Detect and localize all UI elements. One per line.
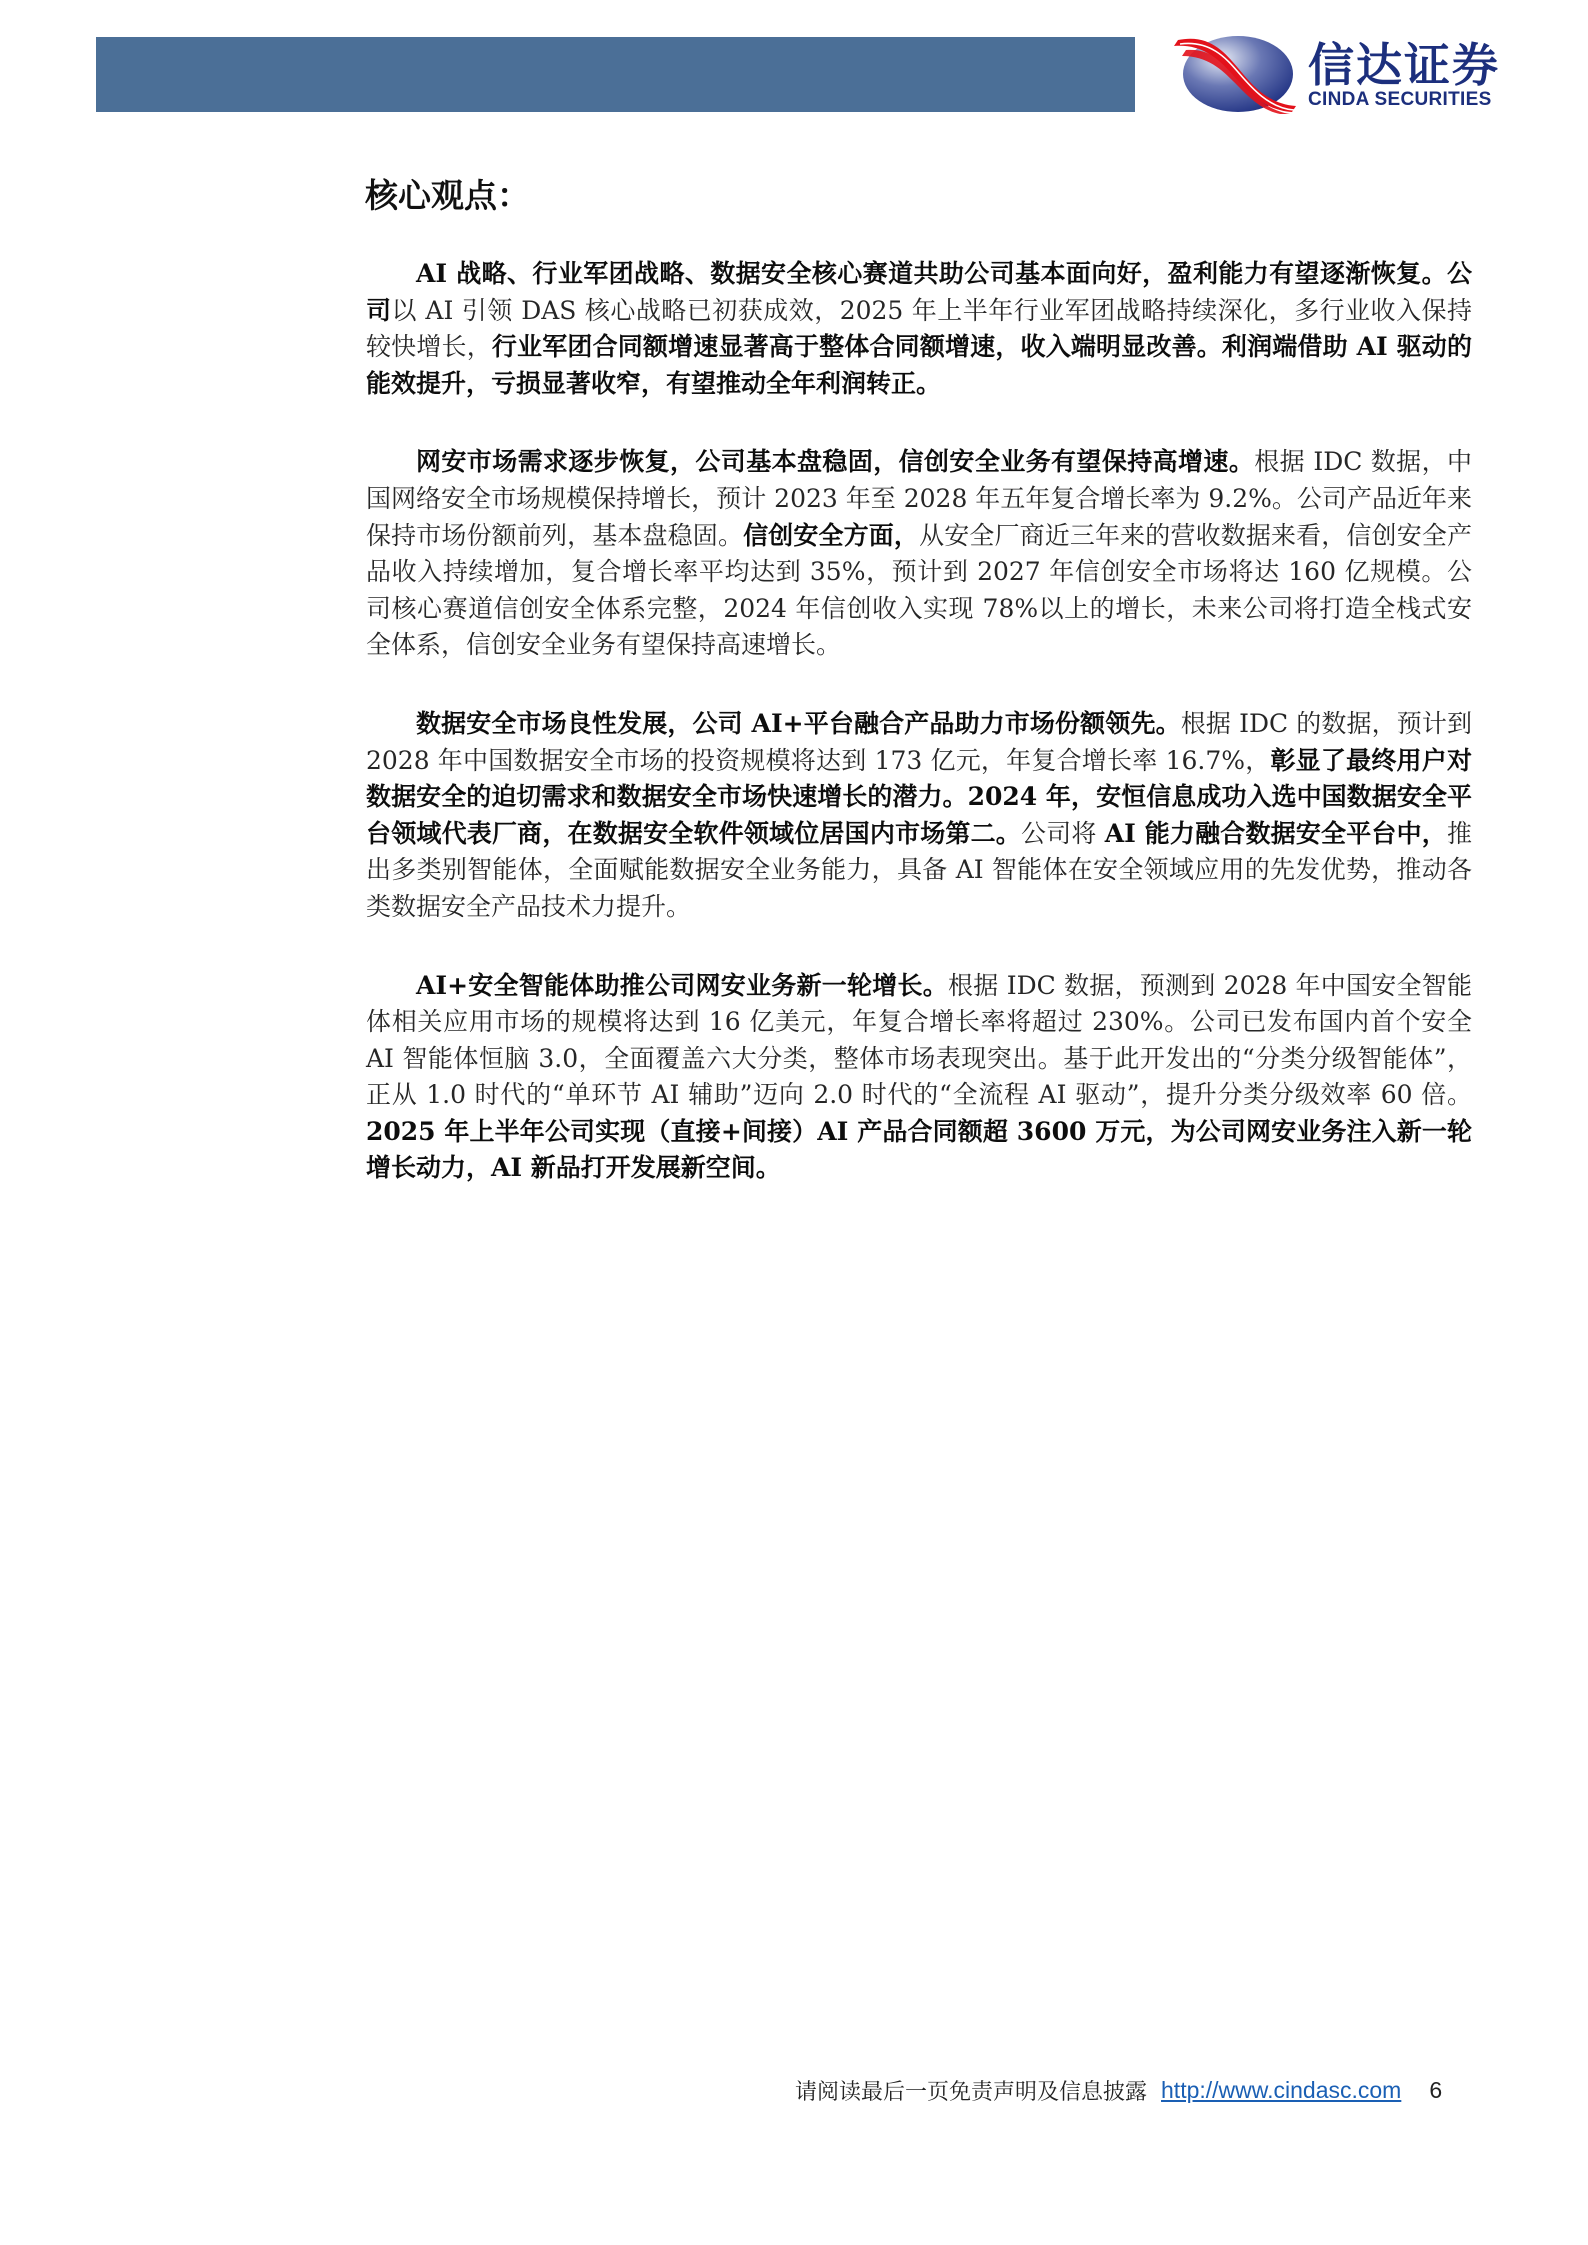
segment: 行业军团合同额增速显著高于整体合同额增速，收入端明显改善。利润端借助 AI 驱动… xyxy=(366,332,1472,398)
paragraph-network-security-market: 网安市场需求逐步恢复，公司基本盘稳固，信创安全业务有望保持高增速。根据 IDC … xyxy=(366,444,1472,664)
paragraph-data-security-market: 数据安全市场良性发展，公司 AI+平台融合产品助力市场份额领先。根据 IDC 的… xyxy=(366,706,1472,926)
segment: 2025 年上半年公司实现（直接+间接）AI 产品合同额超 3600 万元，为公… xyxy=(366,1117,1472,1183)
segment: 网安市场需求逐步恢复，公司基本盘稳固，信创安全业务有望保持高增速。 xyxy=(416,447,1254,476)
brand-name-en: CINDA SECURITIES xyxy=(1308,90,1548,110)
segment: 信创安全方面， xyxy=(743,521,919,550)
paragraph-ai-strategy: AI 战略、行业军团战略、数据安全核心赛道共助公司基本面向好，盈利能力有望逐渐恢… xyxy=(366,256,1472,402)
brand-name-cn: 信达证券 xyxy=(1308,42,1548,88)
key-points-body: AI 战略、行业军团战略、数据安全核心赛道共助公司基本面向好，盈利能力有望逐渐恢… xyxy=(366,256,1472,1229)
brand-name: 信达证券 CINDA SECURITIES xyxy=(1308,42,1548,110)
segment: 公司将 xyxy=(1021,819,1105,848)
page-footer: 请阅读最后一页免责声明及信息披露 http://www.cindasc.com … xyxy=(795,2073,1442,2107)
page-number: 6 xyxy=(1429,2077,1442,2104)
header-bar xyxy=(96,37,1135,112)
website-link[interactable]: http://www.cindasc.com xyxy=(1161,2077,1401,2104)
section-title: 核心观点： xyxy=(365,170,530,217)
segment: AI+安全智能体助推公司网安业务新一轮增长。 xyxy=(416,971,948,1000)
paragraph-ai-security-agent: AI+安全智能体助推公司网安业务新一轮增长。根据 IDC 数据，预测到 2028… xyxy=(366,968,1472,1188)
segment: AI 能力融合数据安全平台中， xyxy=(1105,819,1447,848)
cinda-logo-icon xyxy=(1168,30,1298,114)
disclaimer-note: 请阅读最后一页免责声明及信息披露 xyxy=(795,2075,1147,2106)
segment: 数据安全市场良性发展，公司 AI+平台融合产品助力市场份额领先。 xyxy=(416,709,1181,738)
